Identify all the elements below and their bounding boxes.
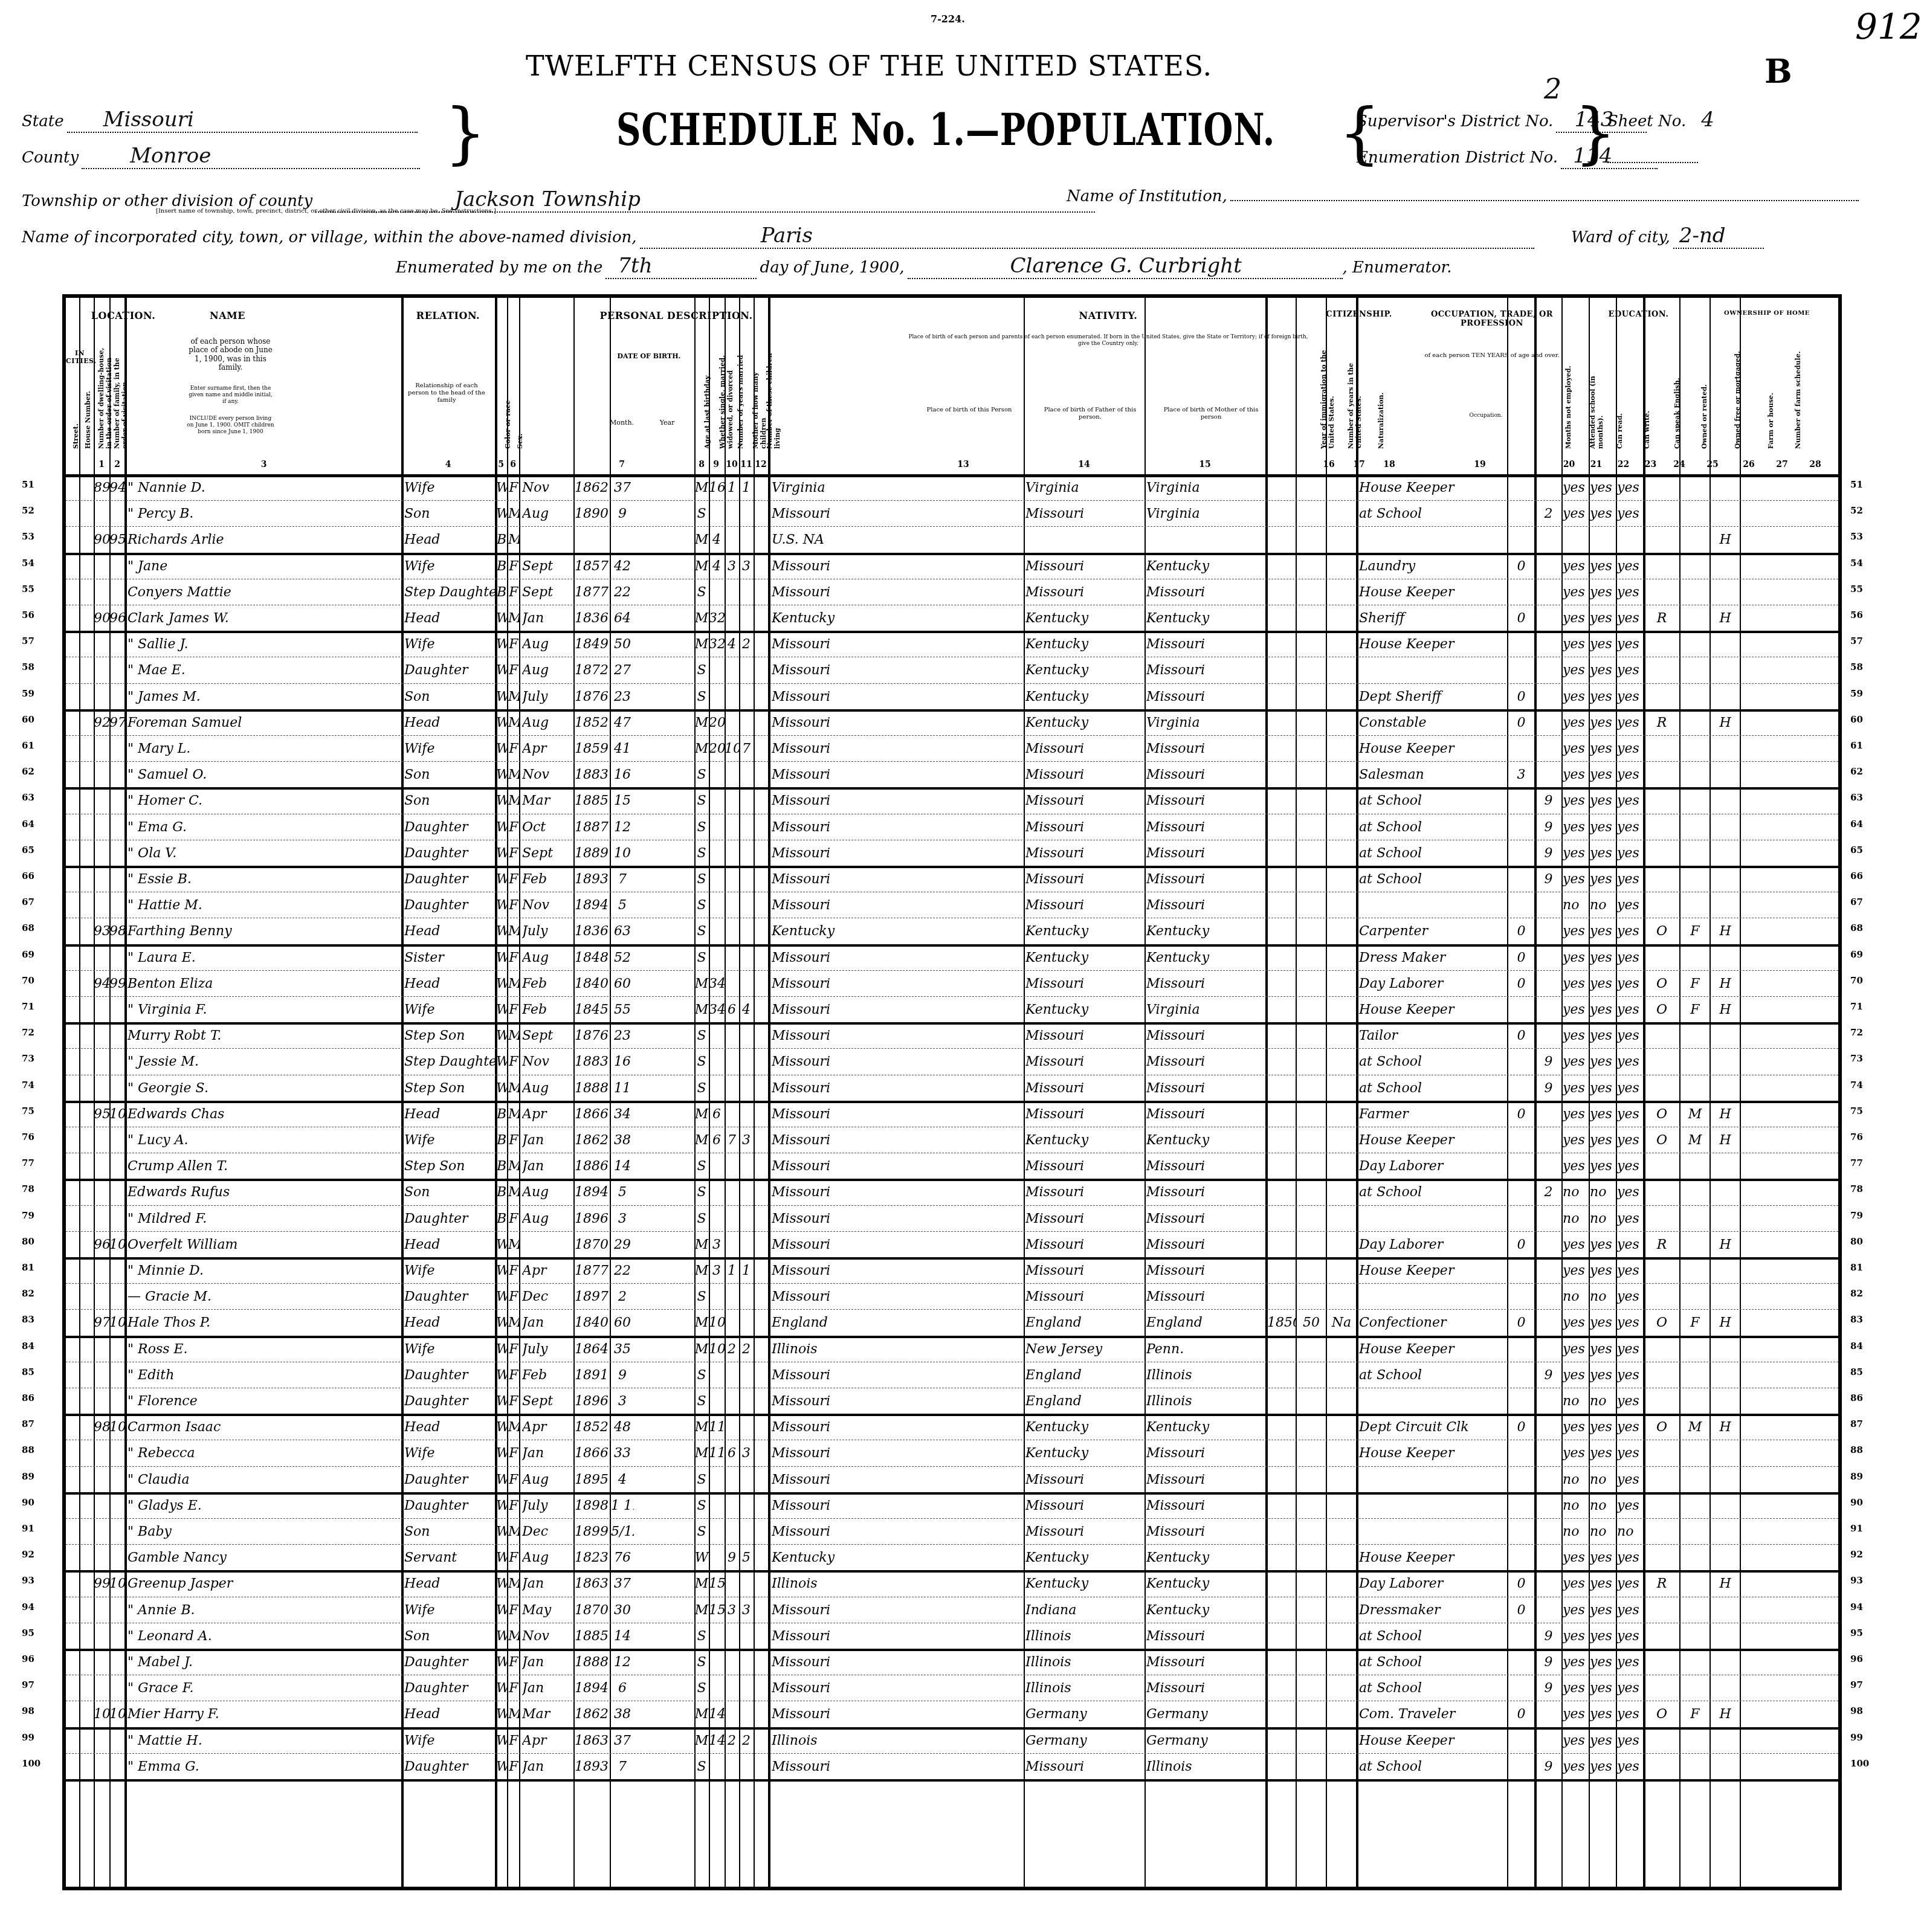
film-number: 9126 — [1855, 6, 1921, 47]
cell-birthplace-mother: Virginia — [1146, 709, 1264, 735]
cell-can-speak-english — [1617, 526, 1643, 552]
cell-mother-of — [725, 1101, 739, 1127]
cell-color: W — [496, 1623, 507, 1649]
cell-farm-house — [1711, 761, 1740, 787]
line-number: 78 — [1850, 1183, 1863, 1194]
cell-free-mortgaged — [1680, 1623, 1710, 1649]
cell-birthplace-mother: Illinois — [1146, 1753, 1264, 1779]
cell-owned-rented: O — [1644, 1127, 1679, 1153]
cell-dwelling-number — [94, 1623, 109, 1649]
cell-family-number — [109, 787, 125, 813]
supervisor-label: Supervisor's District No. — [1357, 112, 1553, 130]
cell-relation: Daughter — [404, 814, 495, 840]
cell-naturalization — [1327, 631, 1356, 657]
cell-birth-month: Jan — [522, 1570, 573, 1596]
cell-can-speak-english: yes — [1617, 1231, 1643, 1257]
cell-can-speak-english: yes — [1617, 892, 1643, 918]
header-relation: RELATION. — [401, 310, 495, 321]
cell-months-unemployed — [1508, 866, 1534, 892]
cell-years-married — [709, 1544, 725, 1570]
cell-color: B — [496, 553, 507, 579]
cell-years-in-us — [1297, 605, 1326, 631]
cell-school-months — [1535, 892, 1561, 918]
cell-can-read: no — [1563, 1205, 1589, 1231]
cell-age: 16 — [611, 1048, 634, 1074]
cell-school-months — [1535, 1570, 1561, 1596]
cell-birth-month: Aug — [522, 1205, 573, 1231]
cell-person-name: " Gladys E. — [128, 1492, 399, 1518]
table-row: Crump Allen T.Step SonBMJan188614SMissou… — [66, 1153, 1838, 1181]
cell-birthplace-father: Missouri — [1025, 1048, 1143, 1074]
cell-birthplace-person: Missouri — [772, 892, 1022, 918]
cell-relation: Head — [404, 1101, 495, 1127]
cell-can-write: yes — [1590, 1440, 1616, 1466]
cell-children-living — [739, 709, 754, 735]
table-row: " Laura E.SisterWFAug184852SMissouriKent… — [66, 944, 1838, 971]
cell-children-living: 3 — [739, 553, 754, 579]
cell-can-speak-english: yes — [1617, 1048, 1643, 1074]
cell-children-living — [739, 1153, 754, 1179]
cell-dwelling-number — [94, 1753, 109, 1779]
cell-can-speak-english: yes — [1617, 944, 1643, 970]
cell-birthplace-mother: Germany — [1146, 1727, 1264, 1753]
cell-occupation — [1359, 1518, 1507, 1544]
line-number: 82 — [1850, 1288, 1863, 1299]
cell-years-in-us — [1297, 1231, 1326, 1257]
cell-can-speak-english: yes — [1617, 1544, 1643, 1570]
cell-birthplace-person: Missouri — [772, 657, 1022, 683]
cell-person-name: " Baby — [128, 1518, 399, 1544]
cell-birth-month: Mar — [522, 787, 573, 813]
cell-years-in-us — [1297, 1597, 1326, 1623]
cell-can-speak-english: yes — [1617, 814, 1643, 840]
cell-owned-rented — [1644, 1518, 1679, 1544]
cell-can-write: yes — [1590, 605, 1616, 631]
cell-owned-rented — [1644, 657, 1679, 683]
cell-farm-schedule — [1741, 944, 1777, 970]
cell-sex: F — [508, 1388, 519, 1414]
cell-school-months — [1535, 1309, 1561, 1335]
cell-relation: Head — [404, 1231, 495, 1257]
cell-birthplace-person: Missouri — [772, 1414, 1022, 1440]
table-row: 9096Clark James W.HeadWMJan183664M32Kent… — [66, 605, 1838, 633]
cell-months-unemployed — [1508, 1127, 1534, 1153]
cell-farm-schedule — [1741, 526, 1777, 552]
cell-birthplace-father: Indiana — [1025, 1597, 1143, 1623]
header-ownership: OWNERSHIP OF HOME — [1694, 310, 1839, 317]
cell-age: 37 — [611, 1727, 634, 1753]
cell-birth-year: 1862 — [575, 474, 610, 500]
cell-person-name: " Ross E. — [128, 1336, 399, 1362]
cell-immigration-year — [1267, 1127, 1296, 1153]
cell-dwelling-number — [94, 553, 109, 579]
cell-farm-house — [1711, 1544, 1740, 1570]
colnum-4: 4 — [401, 460, 495, 469]
cell-occupation: at School — [1359, 1075, 1507, 1101]
colnum-1: 1 — [94, 460, 109, 469]
cell-relation: Wife — [404, 996, 495, 1022]
cell-naturalization — [1327, 1101, 1356, 1127]
cell-naturalization — [1327, 1283, 1356, 1309]
cell-children-living: 5 — [739, 1544, 754, 1570]
cell-months-unemployed — [1508, 1048, 1534, 1074]
enumerated-day: 7th — [618, 254, 652, 278]
enumerated-field: Enumerated by me on the 7th day of June,… — [396, 254, 1451, 279]
cell-sex: F — [508, 553, 519, 579]
cell-children-living — [739, 970, 754, 996]
cell-free-mortgaged: M — [1680, 1414, 1710, 1440]
cell-age: 9 — [611, 500, 634, 526]
cell-marital-status: S — [694, 500, 709, 526]
cell-occupation: Tailor — [1359, 1022, 1507, 1048]
line-number: 83 — [22, 1314, 34, 1325]
cell-birthplace-mother: Kentucky — [1146, 918, 1264, 944]
cell-age: 5/12 — [611, 1518, 634, 1544]
table-row: " Lucy A.WifeBFJan186238M673MissouriKent… — [66, 1127, 1838, 1153]
cell-sex: F — [508, 657, 519, 683]
cell-school-months: 2 — [1535, 1179, 1561, 1205]
cell-occupation: Farmer — [1359, 1101, 1507, 1127]
cell-relation: Son — [404, 683, 495, 709]
cell-dwelling-number — [94, 866, 109, 892]
cell-birthplace-father: Kentucky — [1025, 1414, 1143, 1440]
cell-school-months — [1535, 579, 1561, 605]
cell-school-months — [1535, 657, 1561, 683]
cell-birthplace-person: Missouri — [772, 1101, 1022, 1127]
line-number: 64 — [1850, 819, 1863, 829]
cell-family-number: 94 — [109, 474, 125, 500]
cell-free-mortgaged — [1680, 1440, 1710, 1466]
line-number: 89 — [1850, 1471, 1863, 1482]
cell-farm-house — [1711, 1440, 1740, 1466]
line-number: 81 — [1850, 1262, 1863, 1273]
cell-birthplace-father: Missouri — [1025, 1466, 1143, 1492]
cell-birth-year: 1866 — [575, 1101, 610, 1127]
cell-children-living: 2 — [739, 631, 754, 657]
cell-years-in-us — [1297, 1257, 1326, 1283]
cell-color: B — [496, 1101, 507, 1127]
cell-color: W — [496, 1518, 507, 1544]
cell-can-speak-english: yes — [1617, 918, 1643, 944]
cell-age: 22 — [611, 579, 634, 605]
cell-school-months — [1535, 709, 1561, 735]
line-number: 74 — [1850, 1080, 1863, 1090]
cell-school-months: 9 — [1535, 1649, 1561, 1675]
cell-can-speak-english: yes — [1617, 474, 1643, 500]
cell-naturalization — [1327, 866, 1356, 892]
cell-years-married: 15 — [709, 1597, 725, 1623]
cell-children-living — [739, 1701, 754, 1727]
cell-can-speak-english: yes — [1617, 996, 1643, 1022]
cell-birthplace-person: Missouri — [772, 1597, 1022, 1623]
cell-free-mortgaged — [1680, 1675, 1710, 1701]
cell-free-mortgaged: M — [1680, 1101, 1710, 1127]
cell-years-in-us — [1297, 1649, 1326, 1675]
line-number: 77 — [22, 1158, 34, 1168]
cell-months-unemployed: 0 — [1508, 1597, 1534, 1623]
cell-free-mortgaged — [1680, 1022, 1710, 1048]
cell-family-number — [109, 892, 125, 918]
cell-immigration-year — [1267, 526, 1296, 552]
line-number: 87 — [1850, 1418, 1863, 1429]
cell-can-write: yes — [1590, 579, 1616, 605]
cell-birthplace-mother: Missouri — [1146, 631, 1264, 657]
colnum-3: 3 — [126, 460, 401, 469]
cell-can-read: no — [1563, 892, 1589, 918]
cell-family-number — [109, 1753, 125, 1779]
cell-naturalization — [1327, 1127, 1356, 1153]
cell-owned-rented — [1644, 1466, 1679, 1492]
cell-occupation: House Keeper — [1359, 631, 1507, 657]
cell-birthplace-mother: Missouri — [1146, 579, 1264, 605]
cell-marital-status: S — [694, 1179, 709, 1205]
cell-age: 15 — [611, 787, 634, 813]
cell-occupation: at School — [1359, 500, 1507, 526]
cell-relation: Daughter — [404, 1492, 495, 1518]
cell-owned-rented — [1644, 1048, 1679, 1074]
cell-immigration-year — [1267, 996, 1296, 1022]
cell-farm-schedule — [1741, 814, 1777, 840]
cell-color: W — [496, 1362, 507, 1388]
cell-can-write: yes — [1590, 996, 1616, 1022]
cell-months-unemployed — [1508, 1336, 1534, 1362]
cell-can-write: yes — [1590, 1544, 1616, 1570]
cell-relation: Wife — [404, 735, 495, 761]
line-number: 62 — [1850, 766, 1863, 777]
cell-mother-of — [725, 500, 739, 526]
sheet-field: Sheet No. 4 — [1607, 108, 1714, 132]
cell-farm-house — [1711, 1362, 1740, 1388]
cell-owned-rented — [1644, 683, 1679, 709]
line-number: 52 — [1850, 505, 1863, 516]
cell-naturalization — [1327, 1205, 1356, 1231]
cell-color: W — [496, 1570, 507, 1596]
cell-birthplace-person: Missouri — [772, 1127, 1022, 1153]
cell-mother-of — [725, 1570, 739, 1596]
cell-farm-house — [1711, 1153, 1740, 1179]
cell-school-months — [1535, 1022, 1561, 1048]
cell-naturalization — [1327, 1388, 1356, 1414]
cell-sex: F — [508, 1048, 519, 1074]
cell-years-married — [709, 1466, 725, 1492]
cell-school-months — [1535, 1466, 1561, 1492]
line-number: 66 — [1850, 871, 1863, 881]
cell-months-unemployed: 0 — [1508, 1022, 1534, 1048]
cell-relation: Head — [404, 1309, 495, 1335]
cell-naturalization — [1327, 1518, 1356, 1544]
cell-person-name: " Grace F. — [128, 1675, 399, 1701]
cell-birth-year: 1872 — [575, 657, 610, 683]
cell-birthplace-father: New Jersey — [1025, 1336, 1143, 1362]
cell-sex: M — [508, 1623, 519, 1649]
cell-years-married — [709, 683, 725, 709]
cell-free-mortgaged — [1680, 1492, 1710, 1518]
cell-months-unemployed — [1508, 1466, 1534, 1492]
cell-months-unemployed: 0 — [1508, 683, 1534, 709]
cell-birth-month: Apr — [522, 735, 573, 761]
cell-sex: F — [508, 1544, 519, 1570]
cell-birthplace-person: Illinois — [772, 1727, 1022, 1753]
cell-can-read: yes — [1563, 970, 1589, 996]
cell-mother-of — [725, 1153, 739, 1179]
cell-naturalization — [1327, 1701, 1356, 1727]
line-number: 96 — [1850, 1653, 1863, 1664]
cell-farm-house — [1711, 866, 1740, 892]
cell-birth-year: 1885 — [575, 1623, 610, 1649]
cell-owned-rented — [1644, 1623, 1679, 1649]
table-row: " RebeccaWifeWFJan186633M1163MissouriKen… — [66, 1440, 1838, 1466]
cell-years-married — [709, 1362, 725, 1388]
cell-relation: Son — [404, 1623, 495, 1649]
cell-birth-year — [575, 526, 610, 552]
cell-birthplace-father: Missouri — [1025, 1022, 1143, 1048]
cell-months-unemployed: 0 — [1508, 1309, 1534, 1335]
cell-school-months — [1535, 526, 1561, 552]
cell-school-months — [1535, 553, 1561, 579]
cell-farm-house — [1711, 1466, 1740, 1492]
cell-farm-schedule — [1741, 1727, 1777, 1753]
table-row: " Mary L.WifeWFApr185941M20107MissouriMi… — [66, 735, 1838, 762]
cell-school-months: 9 — [1535, 787, 1561, 813]
cell-birthplace-person: Kentucky — [772, 605, 1022, 631]
line-number: 59 — [1850, 688, 1863, 699]
cell-years-in-us — [1297, 1179, 1326, 1205]
cell-months-unemployed — [1508, 735, 1534, 761]
cell-age: 60 — [611, 1309, 634, 1335]
cell-months-unemployed — [1508, 1440, 1534, 1466]
cell-sex: F — [508, 1727, 519, 1753]
cell-color: W — [496, 1414, 507, 1440]
cell-children-living — [739, 1518, 754, 1544]
cell-relation: Daughter — [404, 1283, 495, 1309]
line-number: 69 — [22, 949, 34, 960]
cell-color: W — [496, 1283, 507, 1309]
cell-birth-year: 1889 — [575, 840, 610, 866]
cell-farm-house — [1711, 631, 1740, 657]
cell-can-write: yes — [1590, 1649, 1616, 1675]
cell-immigration-year — [1267, 1257, 1296, 1283]
cell-color: W — [496, 814, 507, 840]
cell-person-name: " Essie B. — [128, 866, 399, 892]
line-number: 90 — [1850, 1497, 1863, 1508]
line-number: 67 — [22, 897, 34, 907]
cell-children-living — [739, 1414, 754, 1440]
cell-can-read: yes — [1563, 761, 1589, 787]
cell-years-in-us — [1297, 996, 1326, 1022]
cell-color: W — [496, 1727, 507, 1753]
cell-can-write: yes — [1590, 657, 1616, 683]
cell-can-write: yes — [1590, 1022, 1616, 1048]
cell-naturalization — [1327, 1414, 1356, 1440]
cell-person-name: Richards Arlie — [128, 526, 399, 552]
cell-sex: M — [508, 1153, 519, 1179]
table-row: 9297Foreman SamuelHeadWMAug185247M20Miss… — [66, 709, 1838, 736]
cell-mother-of — [725, 526, 739, 552]
cell-owned-rented — [1644, 500, 1679, 526]
cell-naturalization — [1327, 1675, 1356, 1701]
cell-school-months — [1535, 605, 1561, 631]
line-number: 93 — [22, 1575, 34, 1586]
header-education: EDUCATION. — [1583, 310, 1694, 319]
cell-can-write: yes — [1590, 1101, 1616, 1127]
cell-dwelling-number — [94, 1675, 109, 1701]
cell-relation: Wife — [404, 1440, 495, 1466]
header-year: Year — [646, 419, 688, 427]
cell-farm-schedule — [1741, 892, 1777, 918]
cell-mother-of: 2 — [725, 1727, 739, 1753]
cell-naturalization — [1327, 944, 1356, 970]
cell-children-living — [739, 1466, 754, 1492]
cell-immigration-year — [1267, 1022, 1296, 1048]
cell-naturalization — [1327, 1231, 1356, 1257]
cell-birthplace-mother: Germany — [1146, 1701, 1264, 1727]
cell-immigration-year — [1267, 1101, 1296, 1127]
cell-occupation: Sheriff — [1359, 605, 1507, 631]
cell-farm-house — [1711, 1753, 1740, 1779]
cell-birth-month: Feb — [522, 1362, 573, 1388]
cell-birth-year: 1859 — [575, 735, 610, 761]
cell-years-in-us — [1297, 1492, 1326, 1518]
cell-immigration-year — [1267, 892, 1296, 918]
cell-relation: Head — [404, 1570, 495, 1596]
cell-birth-month: Aug — [522, 1544, 573, 1570]
cell-months-unemployed — [1508, 657, 1534, 683]
cell-birth-year: 1870 — [575, 1597, 610, 1623]
cell-color: W — [496, 1309, 507, 1335]
cell-children-living: 7 — [739, 735, 754, 761]
cell-color: W — [496, 892, 507, 918]
cell-person-name: " Annie B. — [128, 1597, 399, 1623]
cell-birth-year: 1852 — [575, 709, 610, 735]
cell-owned-rented — [1644, 892, 1679, 918]
cell-years-in-us — [1297, 579, 1326, 605]
cell-naturalization — [1327, 996, 1356, 1022]
cell-free-mortgaged — [1680, 1336, 1710, 1362]
cell-farm-schedule — [1741, 1649, 1777, 1675]
population-table: LOCATION. IN CITIES. NAME of each person… — [62, 294, 1842, 1890]
cell-immigration-year — [1267, 814, 1296, 840]
cell-farm-schedule — [1741, 787, 1777, 813]
cell-color: W — [496, 1675, 507, 1701]
cell-birthplace-mother: Kentucky — [1146, 1570, 1264, 1596]
table-row: " BabySonWMDec18995/12SMissouriMissouriM… — [66, 1518, 1838, 1545]
cell-owned-rented — [1644, 1727, 1679, 1753]
cell-can-write: yes — [1590, 1623, 1616, 1649]
cell-dwelling-number — [94, 657, 109, 683]
cell-marital-status: S — [694, 892, 709, 918]
line-number: 58 — [1850, 662, 1863, 672]
line-number: 65 — [1850, 845, 1863, 855]
cell-person-name: Benton Eliza — [128, 970, 399, 996]
cell-dwelling-number — [94, 1283, 109, 1309]
cell-relation: Wife — [404, 1727, 495, 1753]
cell-color: W — [496, 735, 507, 761]
header-house: House Number. — [84, 376, 92, 449]
cell-family-number: 105 — [109, 1701, 125, 1727]
cell-farm-house: H — [1711, 918, 1740, 944]
cell-marital-status: S — [694, 918, 709, 944]
cell-free-mortgaged — [1680, 631, 1710, 657]
cell-farm-house — [1711, 1336, 1740, 1362]
cell-farm-house — [1711, 1623, 1740, 1649]
cell-immigration-year — [1267, 761, 1296, 787]
cell-can-speak-english: yes — [1617, 1414, 1643, 1440]
cell-birthplace-father: Kentucky — [1025, 996, 1143, 1022]
cell-can-speak-english: yes — [1617, 1022, 1643, 1048]
cell-birth-month: July — [522, 1336, 573, 1362]
cell-naturalization — [1327, 1597, 1356, 1623]
cell-years-married — [709, 1675, 725, 1701]
